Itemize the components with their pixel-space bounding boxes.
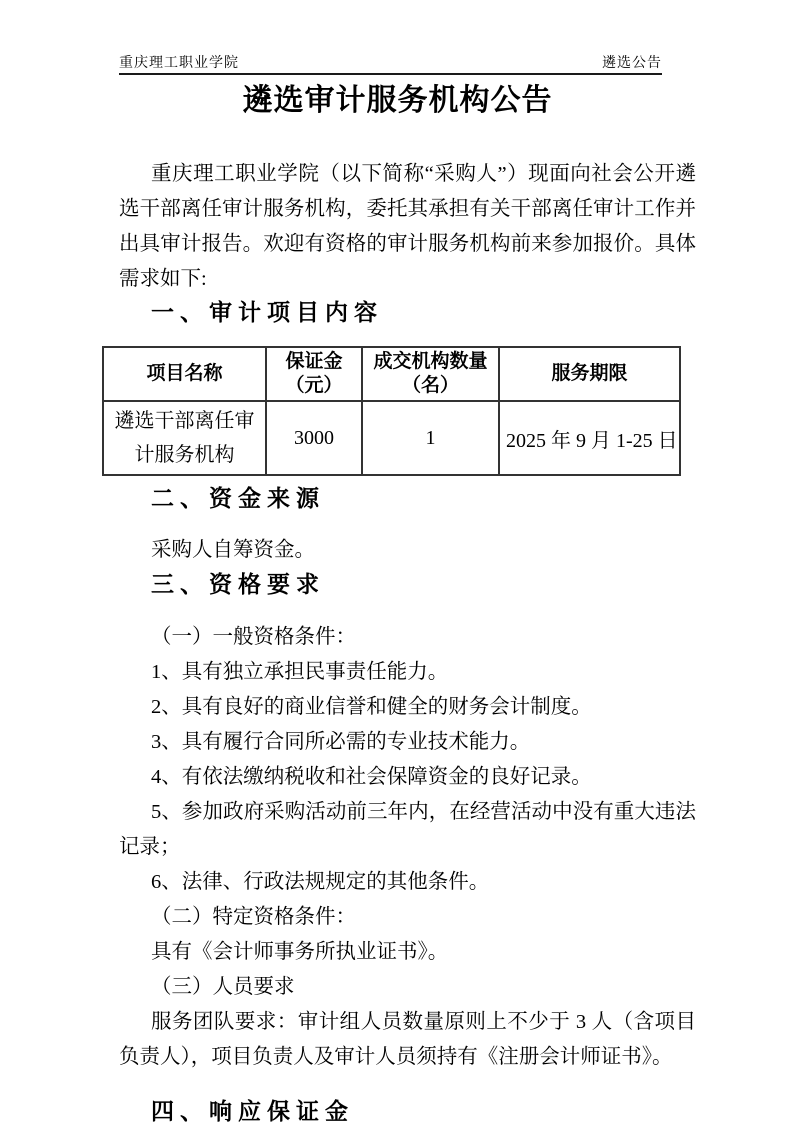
specific-conditions-text: 具有《会计师事务所执业证书》。 — [119, 935, 696, 970]
table-header-project-name: 项目名称 — [103, 347, 266, 401]
section-3-heading: 三、资格要求 — [119, 567, 696, 602]
section-4-heading: 四、响应保证金 — [119, 1094, 696, 1122]
specific-conditions-heading: （二）特定资格条件： — [119, 900, 696, 935]
cell-winner-count: 1 — [362, 401, 499, 475]
page-header: 重庆理工职业学院 遴选公告 — [119, 55, 662, 75]
header-right-text: 遴选公告 — [602, 57, 662, 71]
table-header-winner-count: 成交机构数量 （名） — [362, 347, 499, 401]
document-title: 遴选审计服务机构公告 — [99, 81, 696, 121]
cell-project-name: 遴选干部离任审计服务机构 — [103, 401, 266, 475]
general-condition-item-6: 6、法律、行政法规规定的其他条件。 — [119, 865, 696, 900]
general-condition-item-5: 5、参加政府采购活动前三年内，在经营活动中没有重大违法记录； — [119, 795, 696, 865]
personnel-requirements-text: 服务团队要求：审计组人员数量原则上不少于 3 人（含项目负责人），项目负责人及审… — [119, 1005, 696, 1075]
header-left-text: 重庆理工职业学院 — [119, 57, 239, 71]
project-table: 项目名称 保证金 （元） 成交机构数量 （名） 服务期限 遴选干部离任审计服务机… — [102, 346, 681, 476]
document-page: 重庆理工职业学院 遴选公告 遴选审计服务机构公告 重庆理工职业学院（以下简称“采… — [0, 0, 793, 1122]
cell-service-period: 2025 年 9 月 1-25 日 — [499, 401, 680, 475]
section-1-heading: 一、审计项目内容 — [119, 295, 696, 330]
funding-text: 采购人自筹资金。 — [119, 533, 696, 568]
general-condition-item-2: 2、具有良好的商业信誉和健全的财务会计制度。 — [119, 690, 696, 725]
table-row: 遴选干部离任审计服务机构 3000 1 2025 年 9 月 1-25 日 — [103, 401, 680, 475]
table-header-row: 项目名称 保证金 （元） 成交机构数量 （名） 服务期限 — [103, 347, 680, 401]
cell-deposit: 3000 — [266, 401, 362, 475]
personnel-requirements-heading: （三）人员要求 — [119, 970, 696, 1005]
table-header-deposit: 保证金 （元） — [266, 347, 362, 401]
section-2-heading: 二、资金来源 — [119, 481, 696, 516]
general-condition-item-4: 4、有依法缴纳税收和社会保障资金的良好记录。 — [119, 760, 696, 795]
intro-paragraph: 重庆理工职业学院（以下简称“采购人”）现面向社会公开遴选干部离任审计服务机构，委… — [119, 157, 696, 297]
general-condition-item-1: 1、具有独立承担民事责任能力。 — [119, 655, 696, 690]
table-header-service-period: 服务期限 — [499, 347, 680, 401]
general-conditions-heading: （一）一般资格条件： — [119, 620, 696, 655]
general-condition-item-3: 3、具有履行合同所必需的专业技术能力。 — [119, 725, 696, 760]
